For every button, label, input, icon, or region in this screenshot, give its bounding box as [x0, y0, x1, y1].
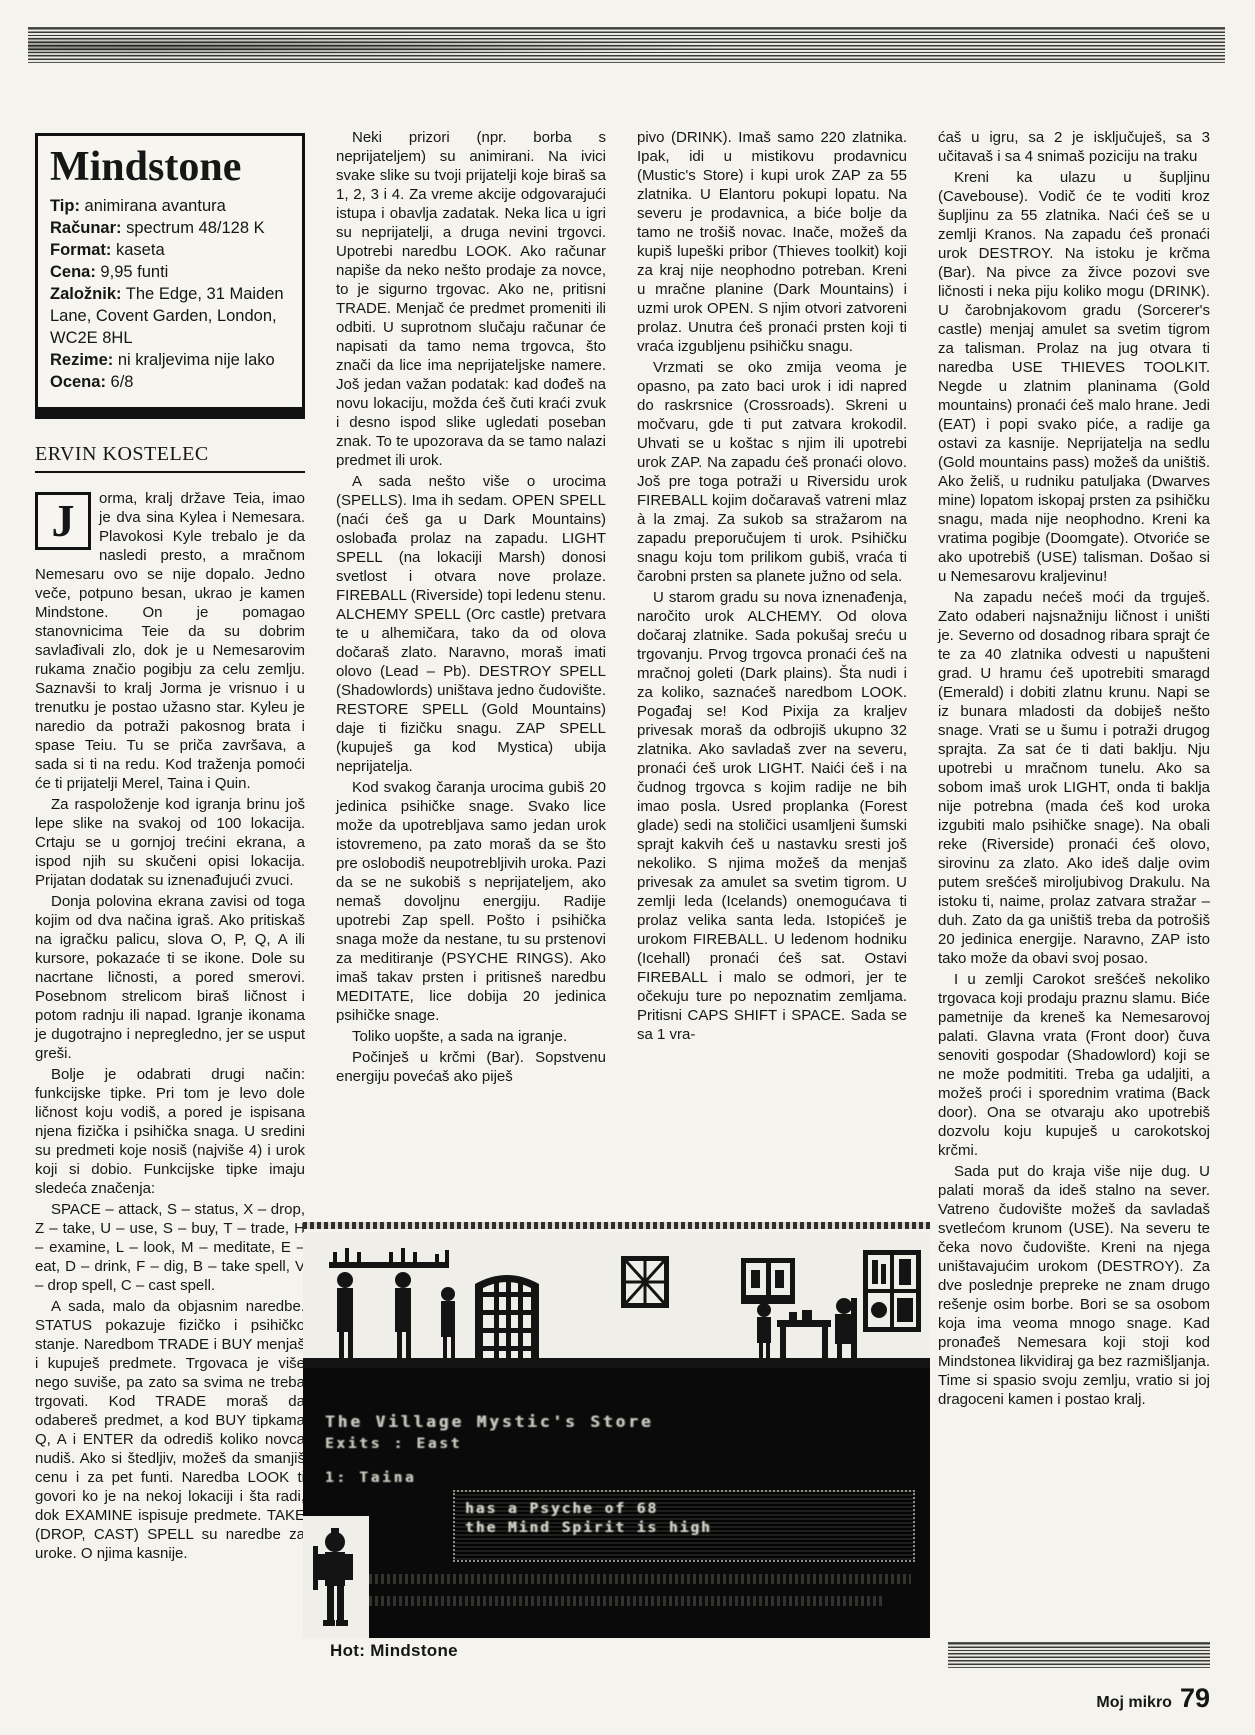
info-field-rezime: Rezime: ni kraljevima nije lako — [50, 350, 290, 372]
article-column-1: Mindstone Tip: animirana avantura Računa… — [35, 133, 305, 1565]
article-column-4: ćaš u igru, sa 2 je isključuješ, sa 3 uč… — [938, 128, 1210, 1411]
game-screenshot: The Village Mystic's Store Exits : East … — [303, 1232, 930, 1638]
info-field-cena: Cena: 9,95 funti — [50, 262, 290, 284]
info-value: kaseta — [111, 241, 164, 259]
info-label: Računar: — [50, 219, 122, 237]
warrior-sprite — [303, 1516, 369, 1638]
screen-noise-row — [363, 1596, 883, 1606]
game-text-area: The Village Mystic's Store Exits : East … — [303, 1368, 930, 1638]
paragraph: Vrzmati se oko zmija veoma je opasno, pa… — [637, 358, 907, 586]
info-value: animirana avantura — [80, 197, 226, 215]
drop-cap-box: J — [35, 492, 91, 550]
author-byline: ERVIN KOSTELEC — [35, 445, 305, 473]
top-decorative-bar — [28, 28, 1225, 62]
status-line: has a Psyche of 68 — [465, 1501, 903, 1517]
exits-line: Exits : East — [325, 1436, 462, 1452]
page-number: 79 — [1180, 1683, 1210, 1713]
info-field-tip: Tip: animirana avantura — [50, 196, 290, 218]
info-label: Cena: — [50, 263, 96, 281]
character-sprite-panel — [303, 1516, 369, 1638]
info-field-racunar: Računar: spectrum 48/128 K — [50, 218, 290, 240]
paragraph: SPACE – attack, S – status, X – drop, Z … — [35, 1200, 305, 1295]
paragraph: Sada put do kraja više nije dug. U palat… — [938, 1162, 1210, 1409]
paragraph: Počinješ u krčmi (Bar). Sopstvenu energi… — [336, 1048, 606, 1086]
paragraph: ćaš u igru, sa 2 je isključuješ, sa 3 uč… — [938, 128, 1210, 166]
paragraph: Za raspoloženje kod igranja brinu još le… — [35, 795, 305, 890]
spectrum-scene-graphic — [303, 1232, 930, 1368]
info-value: spectrum 48/128 K — [122, 219, 265, 237]
game-scene-illustration — [303, 1232, 930, 1368]
status-box: has a Psyche of 68 the Mind Spirit is hi… — [453, 1490, 915, 1562]
game-title: Mindstone — [50, 146, 290, 188]
info-label: Ocena: — [50, 373, 106, 391]
paragraph: Bolje je odabrati drugi način: funkcijsk… — [35, 1065, 305, 1198]
info-label: Tip: — [50, 197, 80, 215]
info-value: ni kraljevima nije lako — [113, 351, 274, 369]
drop-cap-letter: J — [52, 498, 75, 544]
location-line: The Village Mystic's Store — [325, 1412, 653, 1431]
paragraph: A sada nešto više o urocima (SPELLS). Im… — [336, 472, 606, 776]
info-label: Format: — [50, 241, 111, 259]
paragraph: Toliko uopšte, a sada na igranje. — [336, 1027, 606, 1046]
game-info-box: Mindstone Tip: animirana avantura Računa… — [35, 133, 305, 419]
info-label: Rezime: — [50, 351, 113, 369]
magazine-name: Moj mikro — [1096, 1694, 1172, 1711]
paragraph: A sada, malo da objasnim naredbe. STATUS… — [35, 1297, 305, 1563]
info-field-ocena: Ocena: 6/8 — [50, 372, 290, 394]
screenshot-top-rule — [303, 1222, 930, 1229]
screenshot-caption: Hot: Mindstone — [330, 1641, 458, 1661]
paragraph: Neki prizori (npr. borba s neprijateljem… — [336, 128, 606, 470]
info-value: 9,95 funti — [96, 263, 168, 281]
screen-noise-row — [321, 1574, 911, 1584]
end-decorative-bar — [948, 1643, 1210, 1667]
party-line: 1: Taina — [325, 1470, 416, 1486]
article-column-2: Neki prizori (npr. borba s neprijateljem… — [336, 128, 606, 1088]
paragraph: I u zemlji Carokot srešćeš nekoliko trgo… — [938, 970, 1210, 1160]
status-line: the Mind Spirit is high — [465, 1520, 903, 1536]
paragraph: Donja polovina ekrana zavisi od toga koj… — [35, 892, 305, 1063]
paragraph: Kreni ka ulazu u šupljinu (Cavebouse). V… — [938, 168, 1210, 586]
info-value: 6/8 — [106, 373, 134, 391]
info-label: Založnik: — [50, 285, 122, 303]
info-field-zaloznik: Založnik: The Edge, 31 Maiden Lane, Cove… — [50, 284, 290, 350]
page-footer: Moj mikro79 — [948, 1683, 1210, 1714]
paragraph: Kod svakog čaranja urocima gubiš 20 jedi… — [336, 778, 606, 1025]
paragraph: U starom gradu su nova iznenađenja, naro… — [637, 588, 907, 1044]
article-column-3: pivo (DRINK). Imaš samo 220 zlatnika. Ip… — [637, 128, 907, 1046]
info-field-format: Format: kaseta — [50, 240, 290, 262]
paragraph: Na zapadu nećeš moći da trguješ. Zato od… — [938, 588, 1210, 968]
paragraph: Jorma, kralj države Teia, imao je dva si… — [35, 489, 305, 793]
paragraph: pivo (DRINK). Imaš samo 220 zlatnika. Ip… — [637, 128, 907, 356]
